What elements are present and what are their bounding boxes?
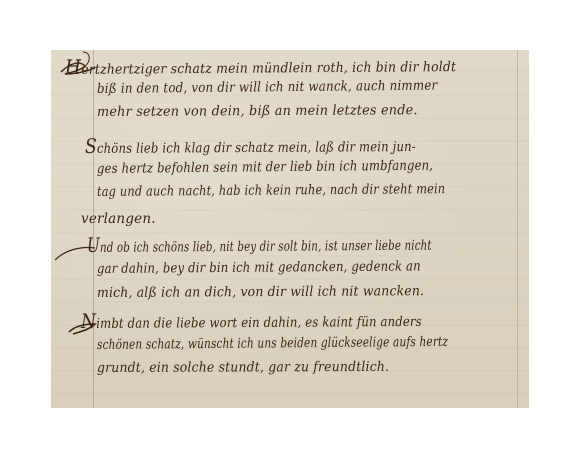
- manuscript-line: Hertzhertziger schatz mein mündlein roth…: [65, 55, 456, 79]
- manuscript-line: schönen schatz, wünscht ich uns beiden g…: [97, 333, 448, 354]
- manuscript-line: gar dahin, bey dir bin ich mit gedancken…: [97, 257, 421, 278]
- manuscript-line: mich, alß ich an dich, von dir will ich …: [97, 282, 424, 302]
- manuscript-line: grundt, ein solche stundt, gar zu freund…: [97, 358, 389, 377]
- manuscript-line: mehr setzen von dein, biß an mein letzte…: [97, 101, 418, 121]
- manuscript-page: Hertzhertziger schatz mein mündlein roth…: [51, 50, 529, 408]
- manuscript-line: biß in den tod, von dir will ich nit wan…: [97, 77, 437, 98]
- manuscript-line: Schöns lieb ich klag dir schatz mein, la…: [85, 135, 416, 158]
- manuscript-line: tag und auch nacht, hab ich kein ruhe, n…: [97, 180, 445, 201]
- manuscript-line: verlangen.: [81, 210, 156, 228]
- manuscript-line: Und ob ich schöns lieb, nit bey dir solt…: [87, 234, 432, 257]
- manuscript-text: Hertzhertziger schatz mein mündlein roth…: [51, 50, 529, 408]
- manuscript-line: Nimbt dan die liebe wort ein dahin, es k…: [81, 310, 422, 333]
- manuscript-line: ges hertz befohlen sein mit der lieb bin…: [97, 157, 433, 178]
